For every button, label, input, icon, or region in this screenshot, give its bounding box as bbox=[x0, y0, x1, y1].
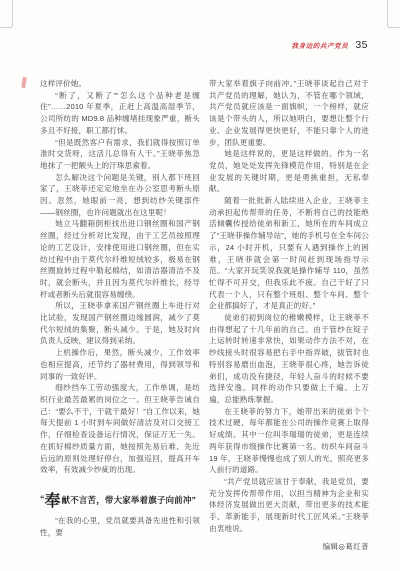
heading-text: 献不言苦，带大家举着旗子向前冲” bbox=[62, 495, 197, 505]
page-header: 我身边的共产党员 35 bbox=[292, 39, 369, 51]
paragraph: 她立马翻箱倒柜找出进口钢丝圈和国产钢丝圈，经过分析对比发现，由于工艺员按照理论的… bbox=[40, 218, 200, 300]
paragraph: “但是既然客户有需求，我们就得按照订单准时交货呀，这活儿总得有人干。”王晓菲焦急… bbox=[40, 137, 200, 172]
left-column: 这样评价她。 “断了，又断了”“怎么这个品种老是缠住”……2010 年夏季，正赶… bbox=[40, 78, 200, 552]
article-body: 这样评价她。 “断了，又断了”“怎么这个品种老是缠住”……2010 年夏季，正赶… bbox=[40, 78, 370, 552]
crop-mark-top-right bbox=[388, 27, 400, 28]
paragraph: 随着一批批新人陆续进入企业，王晓菲主动承担起传帮带的任务，不断将自己的技能绝活倾… bbox=[209, 195, 369, 312]
paragraph: 怎么解决这个问题是关键，别人都下班回家了，王晓菲还定定地坐在办公室思考断头原因。… bbox=[40, 172, 200, 219]
paragraph: “在我的心里，党员就要具备先进性和引领性，要 bbox=[40, 515, 200, 538]
paragraph: 所以，王晓菲拿来国产钢丝圈上车进行对比试验，发现国产钢丝圈边缘圆润，减少了莫代尔… bbox=[40, 300, 200, 347]
paragraph: 带大家举着旗子向前冲。”王晓菲谈起自己对于共产党员的理解，她认为，不管在哪个领域… bbox=[209, 78, 369, 148]
crop-mark-top-left bbox=[0, 27, 12, 28]
section-heading: “奉献不言苦，带大家举着旗子向前冲” bbox=[40, 489, 200, 510]
column-label: 我身边的共产党员 bbox=[292, 41, 349, 50]
paragraph: 在王晓菲的努力下，她带出来的徒弟个个技术过硬，每年都能在公司的操作竞赛上取得好成… bbox=[209, 406, 369, 476]
right-column: 带大家举着旗子向前冲。”王晓菲谈起自己对于共产党员的理解，她认为，不管在哪个领域… bbox=[209, 78, 369, 552]
crop-mark-top-left bbox=[12, 0, 13, 27]
paragraph: 徒弟们初到岗位的稚嫩模样，让王晓菲不由得想起了十几年前的自己。由于管纱在锭子上运… bbox=[209, 312, 369, 406]
crop-mark-top-right bbox=[387, 0, 388, 27]
page-number: 35 bbox=[355, 39, 368, 51]
paragraph: “共产党员就应该甘于奉献，我是党员，要充分发挥传帮带作用，以担当精神为企业和实体… bbox=[209, 476, 369, 535]
paragraph: 上机操作后，果然，断头减少，工作效率也相应提高，还节约了器材费用，得到领导和同事… bbox=[40, 347, 200, 382]
magazine-page: 我身边的共产党员 35 这样评价她。 “断了，又断了”“怎么这个品种老是缠住”…… bbox=[0, 0, 400, 571]
paragraph: “断了，又断了”“怎么这个品种老是缠住”……2010 年夏季，正赶上高温高湿季节… bbox=[40, 90, 200, 137]
paragraph: 这样评价她。 bbox=[40, 78, 200, 90]
editor-credit: 编辑◎葛红普 bbox=[209, 541, 369, 552]
paragraph: 细纱挡车工劳动强度大，工作单调，是纺织行业最苦最累的岗位之一。但王晓菲告诫自己：… bbox=[40, 382, 200, 476]
paragraph: 她是这样说的，更是这样做的。作为一名党员，她处处发挥先锋模范作用，特别是在企业发… bbox=[209, 148, 369, 195]
heading-drop-cap: 奉 bbox=[45, 493, 62, 510]
margin-mark bbox=[21, 77, 26, 88]
